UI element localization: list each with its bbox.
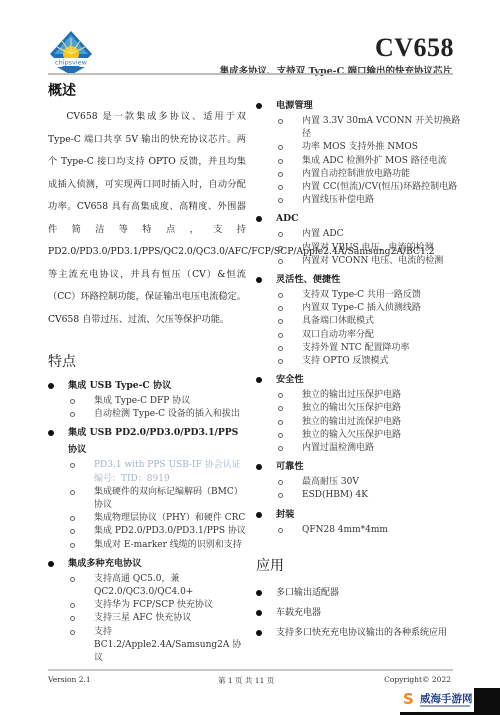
circle-bullet-icon <box>70 543 75 548</box>
circle-bullet-icon <box>278 406 283 411</box>
bullet-icon <box>256 590 262 596</box>
bullet-icon <box>256 512 262 518</box>
circle-bullet-icon <box>278 420 283 425</box>
feature-item: 支持外置 NTC 配置降功率 <box>276 342 466 355</box>
circle-bullet-icon <box>278 480 283 485</box>
circle-bullet-icon <box>278 433 283 438</box>
feature-item: 独立的输出过流保护电路 <box>276 416 466 429</box>
logo-icon: chipsview <box>48 30 94 76</box>
application-item: 多口输出适配器 <box>256 583 466 603</box>
watermark-subline <box>420 705 470 707</box>
bullet-icon <box>256 630 262 636</box>
watermark-text: 威海手游网 <box>420 691 473 706</box>
feature-item: ESD(HBM) 4K <box>276 489 466 502</box>
footer-divider <box>48 669 453 671</box>
circle-bullet-icon <box>278 528 283 533</box>
circle-bullet-icon <box>278 446 283 451</box>
applications-heading: 应用 <box>256 555 466 575</box>
document-header: chipsview CV658 集成多协议、支持双 Type-C 端口输出的快充… <box>48 30 454 78</box>
circle-bullet-icon <box>278 198 283 203</box>
feature-item: 独立的输出欠压保护电路 <box>276 402 466 415</box>
feature-item: 独立的输出过压保护电路 <box>276 389 466 402</box>
feature-group-label: 可靠性 <box>276 461 304 472</box>
bullet-icon <box>256 464 262 470</box>
circle-bullet-icon <box>278 145 283 150</box>
feature-item: 双口自动功率分配 <box>276 329 466 342</box>
feature-group-label: 集成 USB Type-C 协议 <box>68 380 171 391</box>
feature-item: 支持双 Type-C 共用一路反馈 <box>276 289 466 302</box>
feature-item: 支持 OPTO 反馈模式 <box>276 355 466 368</box>
bullet-icon <box>256 103 262 109</box>
circle-bullet-icon <box>278 159 283 164</box>
version-label: Version 2.1 <box>48 675 91 684</box>
feature-group-label: 封装 <box>276 509 294 520</box>
circle-bullet-icon <box>278 259 283 264</box>
feature-item: 集成对 E-marker 线缆的识别和支持 <box>68 539 246 552</box>
chipsview-logo: chipsview <box>48 30 94 76</box>
watermark-logo-icon: S <box>403 691 417 707</box>
right-column: 电源管理 内置 3.3V 30mA VCONN 开关切换路径 功率 MOS 支持… <box>256 97 466 643</box>
feature-item: 内置 3.3V 30mA VCONN 开关切换路径 <box>276 115 466 141</box>
circle-bullet-icon <box>70 516 75 521</box>
circle-bullet-icon <box>278 493 283 498</box>
circle-bullet-icon <box>70 463 75 468</box>
feature-group-label: 电源管理 <box>276 100 313 111</box>
page-number: 第 1 页 共 11 页 <box>218 675 274 686</box>
features-list-left: 集成 USB Type-C 协议 集成 Type-C DFP 协议 自动检测 T… <box>48 377 246 665</box>
feature-item: 支持华为 FCP/SCP 快充协议 <box>68 599 246 612</box>
feature-group: 集成 USB PD2.0/PD3.0/PD3.1/PPS 协议 PD3.1 wi… <box>48 424 246 551</box>
product-title: CV658 <box>375 33 454 63</box>
features-heading: 特点 <box>48 351 246 371</box>
feature-item: 集成 Type-C DFP 协议 <box>68 395 246 408</box>
site-watermark: S 威海手游网 <box>400 688 500 715</box>
feature-item: 内置 ADC <box>276 228 466 241</box>
circle-bullet-icon <box>278 246 283 251</box>
feature-item: 内置对 VCONN 电压、电流的检测 <box>276 255 466 268</box>
circle-bullet-icon <box>278 346 283 351</box>
bullet-icon <box>256 277 262 283</box>
feature-item: 支持 BC1.2/Apple2.4A/Samsung2A 协议 <box>68 626 246 666</box>
circle-bullet-icon <box>70 577 75 582</box>
overview-heading: 概述 <box>48 80 246 100</box>
feature-group: ADC 内置 ADC 内置对 VBUS 电压、电流的检测 内置对 VCONN 电… <box>256 210 466 268</box>
feature-item: 内置 CC(恒流)/CV(恒压)环路控制电路 <box>276 181 466 194</box>
feature-item: 自动检测 Type-C 设备的插入和拔出 <box>68 408 246 421</box>
feature-group-label: ADC <box>276 213 298 224</box>
applications-list: 多口输出适配器 车载充电器 支持多口快充充电协议输出的各种系统应用 <box>256 583 466 643</box>
circle-bullet-icon <box>278 333 283 338</box>
svg-text:chipsview: chipsview <box>55 59 88 67</box>
circle-bullet-icon <box>70 529 75 534</box>
copyright-label: Copyright© 2022 <box>384 675 451 684</box>
feature-item: 最高耐压 30V <box>276 476 466 489</box>
circle-bullet-icon <box>278 393 283 398</box>
bullet-icon <box>48 430 54 436</box>
circle-bullet-icon <box>70 616 75 621</box>
application-item: 支持多口快充充电协议输出的各种系统应用 <box>256 623 466 643</box>
circle-bullet-icon <box>278 172 283 177</box>
feature-group: 安全性 独立的输出过压保护电路 独立的输出欠压保护电路 独立的输出过流保护电路 … <box>256 371 466 455</box>
feature-item: 集成硬件的双向标记编解码（BMC）协议 <box>68 486 246 512</box>
feature-item: 支持高通 QC5.0，兼 QC2.0/QC3.0/QC4.0+ <box>68 573 246 599</box>
feature-item: 集成物理层协议（PHY）和硬件 CRC <box>68 512 246 525</box>
circle-bullet-icon <box>70 412 75 417</box>
feature-item: 内置自动控制泄放电路功能 <box>276 168 466 181</box>
circle-bullet-icon <box>278 185 283 190</box>
feature-item: 内置过温检测电路 <box>276 442 466 455</box>
feature-item-certification: PD3.1 with PPS USB-IF 协会认证编号：TID：8919 <box>68 459 246 485</box>
bullet-icon <box>48 561 54 567</box>
bullet-icon <box>256 216 262 222</box>
circle-bullet-icon <box>70 399 75 404</box>
feature-item: QFN28 4mm*4mm <box>276 524 466 537</box>
circle-bullet-icon <box>70 603 75 608</box>
features-list-right: 电源管理 内置 3.3V 30mA VCONN 开关切换路径 功率 MOS 支持… <box>256 97 466 537</box>
bullet-icon <box>48 383 54 389</box>
feature-item: 功率 MOS 支持外推 NMOS <box>276 141 466 154</box>
feature-item: 内置对 VBUS 电压、电流的检测 <box>276 242 466 255</box>
circle-bullet-icon <box>70 490 75 495</box>
feature-item: 支持三星 AFC 快充协议 <box>68 612 246 625</box>
circle-bullet-icon <box>278 119 283 124</box>
feature-group: 可靠性 最高耐压 30V ESD(HBM) 4K <box>256 458 466 502</box>
feature-item: 集成 PD2.0/PD3.0/PD3.1/PPS 协议 <box>68 525 246 538</box>
circle-bullet-icon <box>278 293 283 298</box>
feature-item: 独立的输入欠压保护电路 <box>276 429 466 442</box>
circle-bullet-icon <box>70 630 75 635</box>
bullet-icon <box>256 610 262 616</box>
feature-item: 内置线压补偿电路 <box>276 194 466 207</box>
bullet-icon <box>256 377 262 383</box>
circle-bullet-icon <box>278 359 283 364</box>
circle-bullet-icon <box>278 232 283 237</box>
feature-group: 集成 USB Type-C 协议 集成 Type-C DFP 协议 自动检测 T… <box>48 377 246 421</box>
overview-paragraph: CV658 是一款集成多协议、适用于双 Type-C 端口共享 5V 输出的快充… <box>48 106 246 331</box>
feature-group: 灵活性、便捷性 支持双 Type-C 共用一路反馈 内置双 Type-C 插入侦… <box>256 271 466 368</box>
circle-bullet-icon <box>278 306 283 311</box>
header-divider <box>48 73 453 75</box>
feature-item: 集成 ADC 检测外扩 MOS 路径电流 <box>276 155 466 168</box>
feature-group-label: 集成多种充电协议 <box>68 558 142 569</box>
feature-group: 封装 QFN28 4mm*4mm <box>256 506 466 537</box>
application-item: 车载充电器 <box>256 603 466 623</box>
feature-group: 电源管理 内置 3.3V 30mA VCONN 开关切换路径 功率 MOS 支持… <box>256 97 466 207</box>
left-column: 概述 CV658 是一款集成多协议、适用于双 Type-C 端口共享 5V 输出… <box>48 80 246 668</box>
feature-group-label: 灵活性、便捷性 <box>276 274 340 285</box>
feature-group: 集成多种充电协议 支持高通 QC5.0，兼 QC2.0/QC3.0/QC4.0+… <box>48 555 246 665</box>
feature-group-label: 集成 USB PD2.0/PD3.0/PD3.1/PPS 协议 <box>68 427 238 455</box>
feature-group-label: 安全性 <box>276 374 304 385</box>
feature-item: 内置双 Type-C 插入侦测线路 <box>276 302 466 315</box>
circle-bullet-icon <box>278 319 283 324</box>
feature-item: 具备端口休眠模式 <box>276 315 466 328</box>
